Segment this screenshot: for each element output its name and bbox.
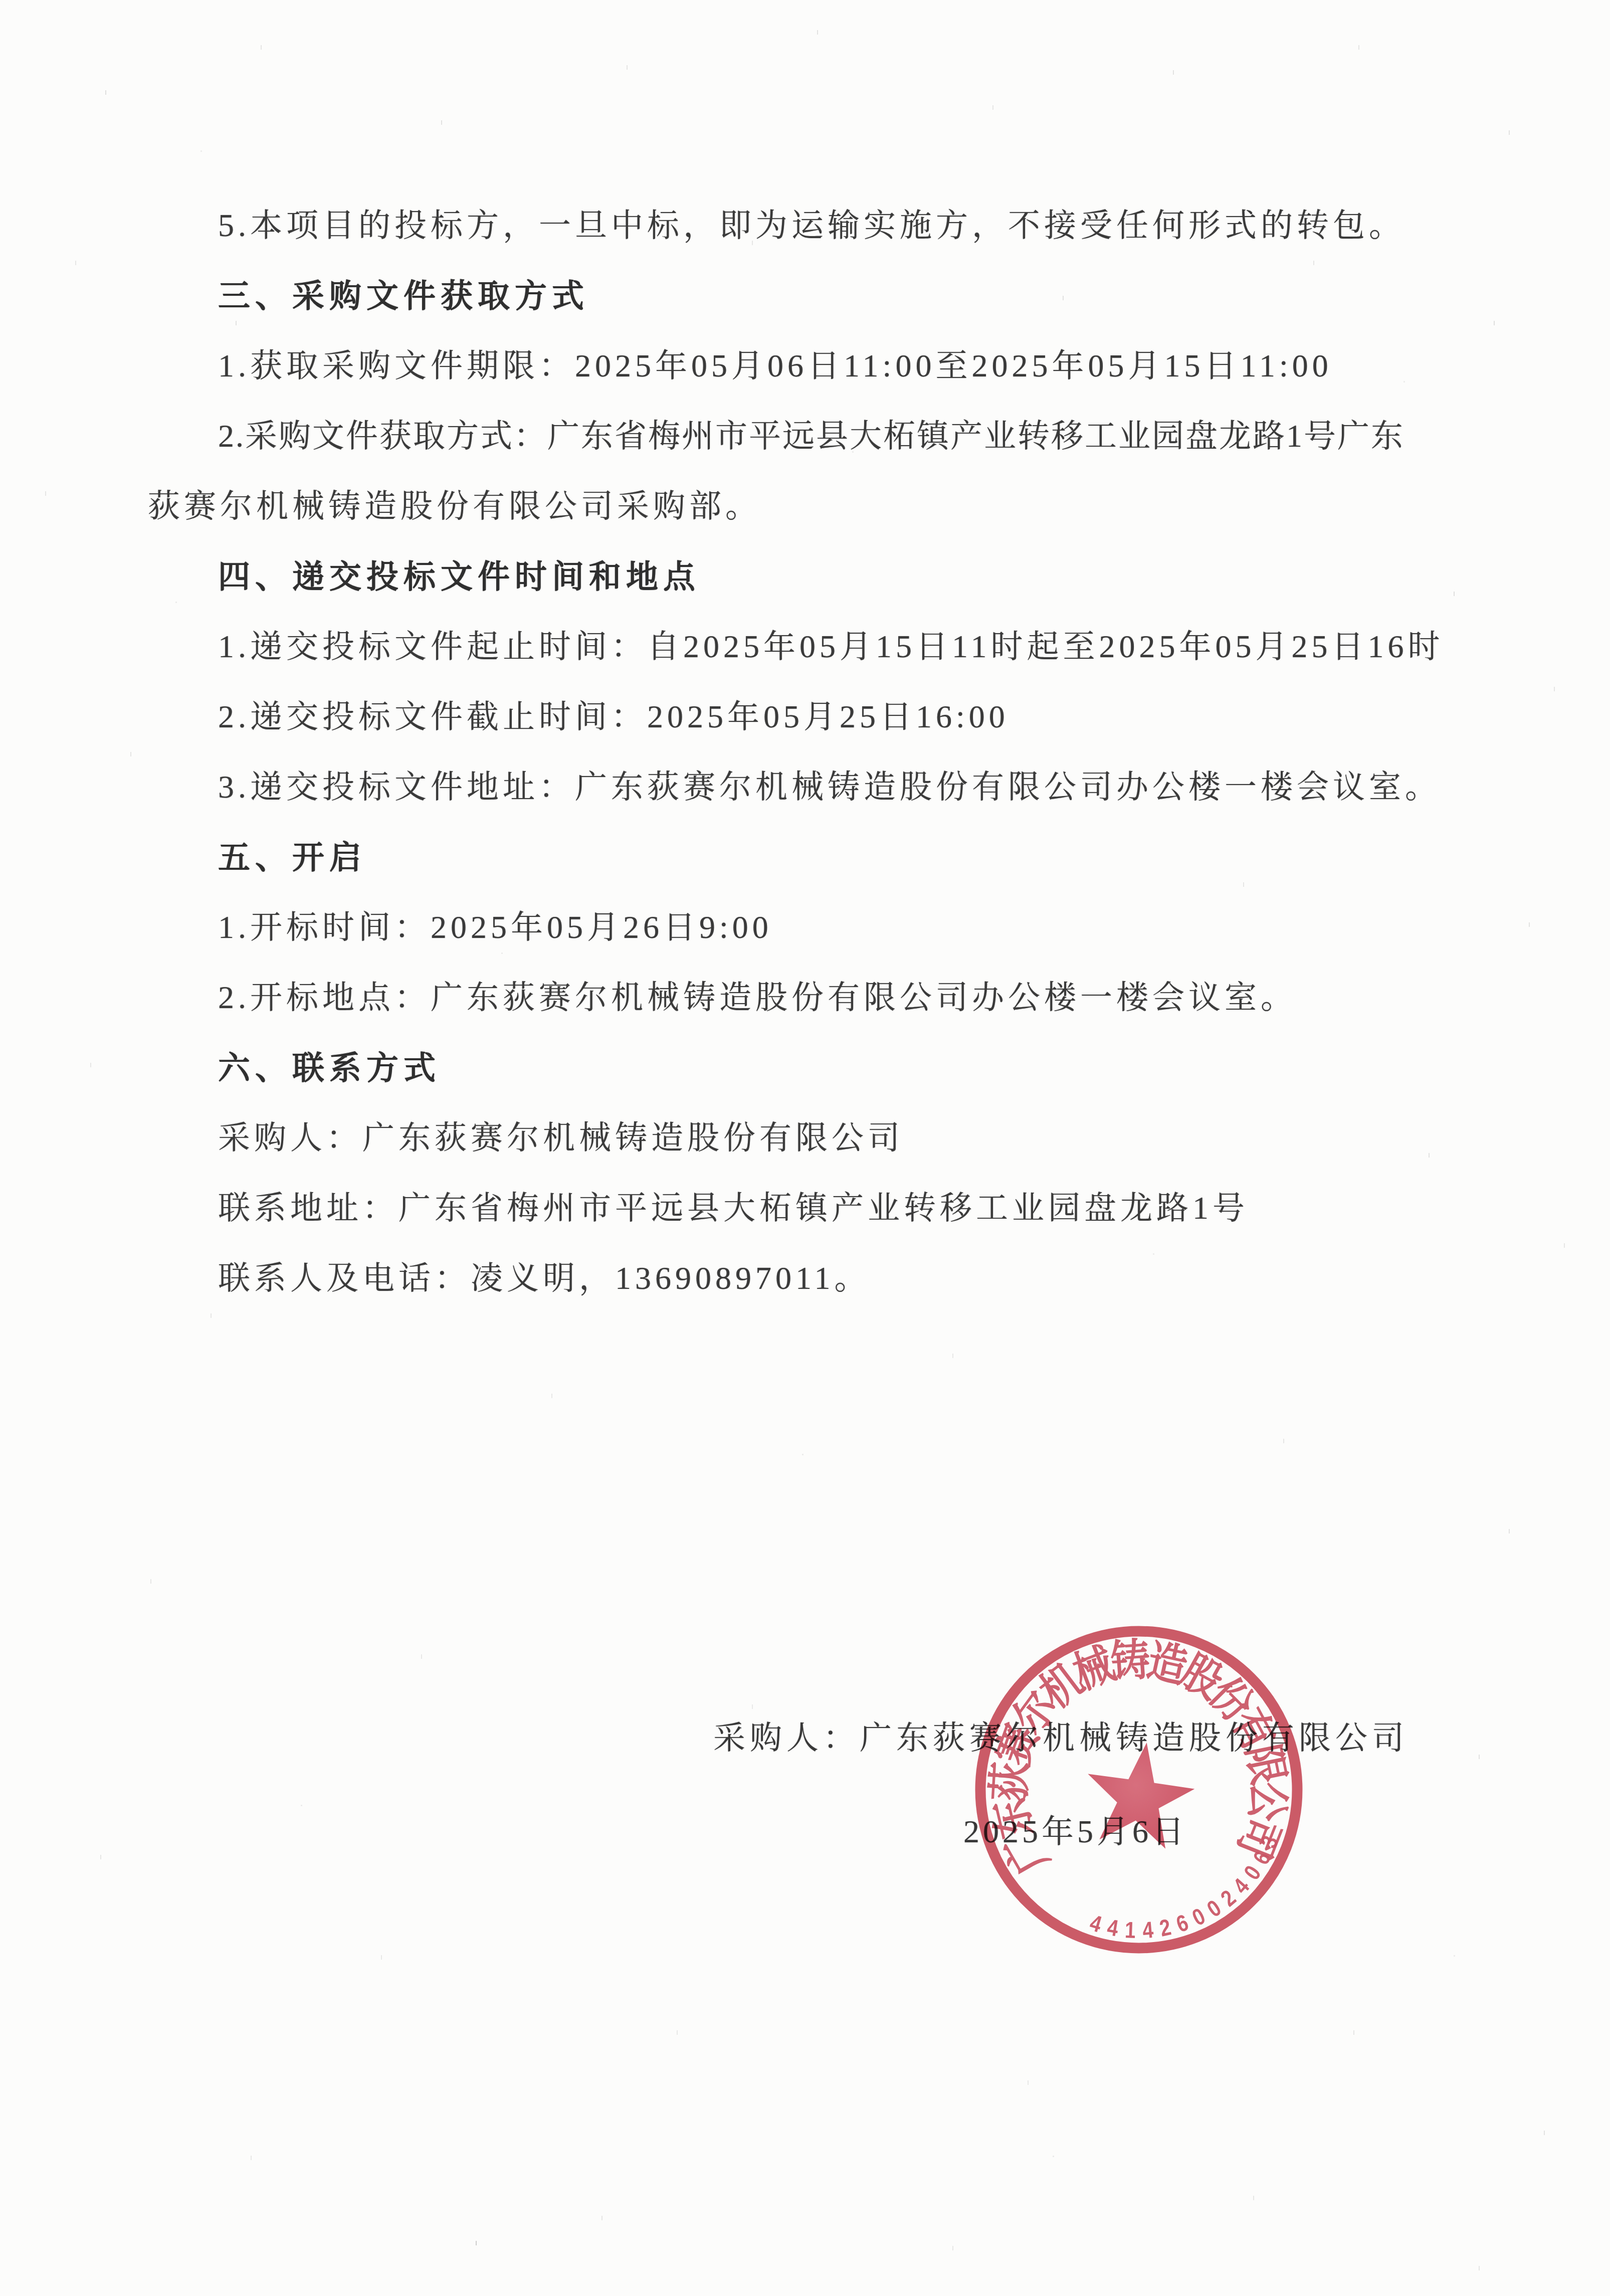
seal-number-arc-text: 4414260024063: [1087, 1826, 1286, 1943]
seal-star-icon: [1088, 1743, 1194, 1849]
scan-noise-speckles: [0, 0, 1, 5]
scan-noise-dots: [0, 0, 2, 2]
paragraph-submit-deadline: 2.递交投标文件截止时间：2025年05月25日16:00: [148, 682, 1471, 752]
scanned-document-page: 5.本项目的投标方，一旦中标，即为运输实施方，不接受任何形式的转包。 三、采购文…: [0, 0, 1610, 2296]
paragraph-doc-method-line2: 荻赛尔机械铸造股份有限公司采购部。: [148, 471, 1471, 541]
paragraph-doc-period: 1.获取采购文件期限：2025年05月06日11:00至2025年05月15日1…: [148, 331, 1471, 401]
paragraph-buyer: 采购人：广东荻赛尔机械铸造股份有限公司: [148, 1103, 1471, 1173]
paragraph-contact-address: 联系地址：广东省梅州市平远县大柘镇产业转移工业园盘龙路1号: [148, 1173, 1471, 1243]
document-body: 5.本项目的投标方，一旦中标，即为运输实施方，不接受任何形式的转包。 三、采购文…: [148, 190, 1471, 1313]
paragraph-transfer-clause: 5.本项目的投标方，一旦中标，即为运输实施方，不接受任何形式的转包。: [148, 190, 1471, 261]
paragraph-doc-method-line1: 2.采购文件获取方式：广东省梅州市平远县大柘镇产业转移工业园盘龙路1号广东: [148, 401, 1471, 471]
paragraph-open-place: 2.开标地点：广东荻赛尔机械铸造股份有限公司办公楼一楼会议室。: [148, 963, 1471, 1033]
paragraph-submit-window: 1.递交投标文件起止时间：自2025年05月15日11时起至2025年05月25…: [148, 612, 1471, 682]
paragraph-contact-person: 联系人及电话：凌义明，13690897011。: [148, 1243, 1471, 1313]
company-seal: 广东荻赛尔机械铸造股份有限公司 4414260024063: [963, 1614, 1314, 1965]
paragraph-submit-address: 3.递交投标文件地址：广东荻赛尔机械铸造股份有限公司办公楼一楼会议室。: [148, 752, 1471, 822]
section-heading-3: 三、采购文件获取方式: [148, 261, 1471, 331]
section-heading-4: 四、递交投标文件时间和地点: [148, 541, 1471, 612]
section-heading-6: 六、联系方式: [148, 1033, 1471, 1103]
section-heading-5: 五、开启: [148, 822, 1471, 892]
paragraph-open-time: 1.开标时间：2025年05月26日9:00: [148, 892, 1471, 963]
